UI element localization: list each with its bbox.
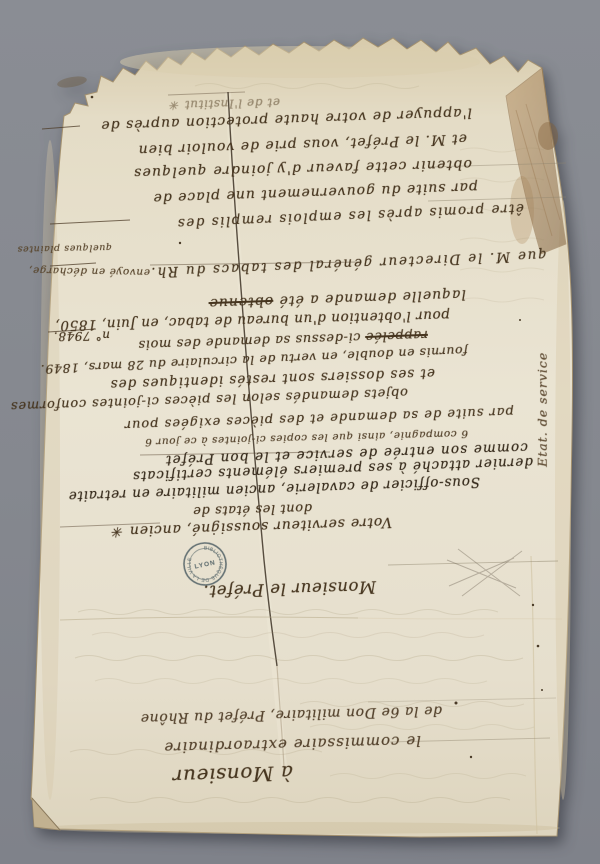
handwriting-line: dont les états de — [162, 501, 312, 518]
handwriting-line: et de l'Institut ✳ — [160, 96, 280, 111]
document-photo: et de l'Institut ✳ l'appuyer de votre ha… — [0, 0, 600, 864]
margin-note-reference-number: n° 7948. — [40, 329, 110, 342]
margin-note: quelques plaintes — [48, 242, 112, 253]
margin-note: envoyé en décharge, — [50, 265, 150, 277]
library-stamp: BIBLIOTHÈQUE DE LA VILLE LYON — [177, 536, 234, 593]
margin-note-etat-de-service: Etat. de service — [537, 339, 550, 479]
stamp-center-text: LYON — [194, 559, 216, 570]
